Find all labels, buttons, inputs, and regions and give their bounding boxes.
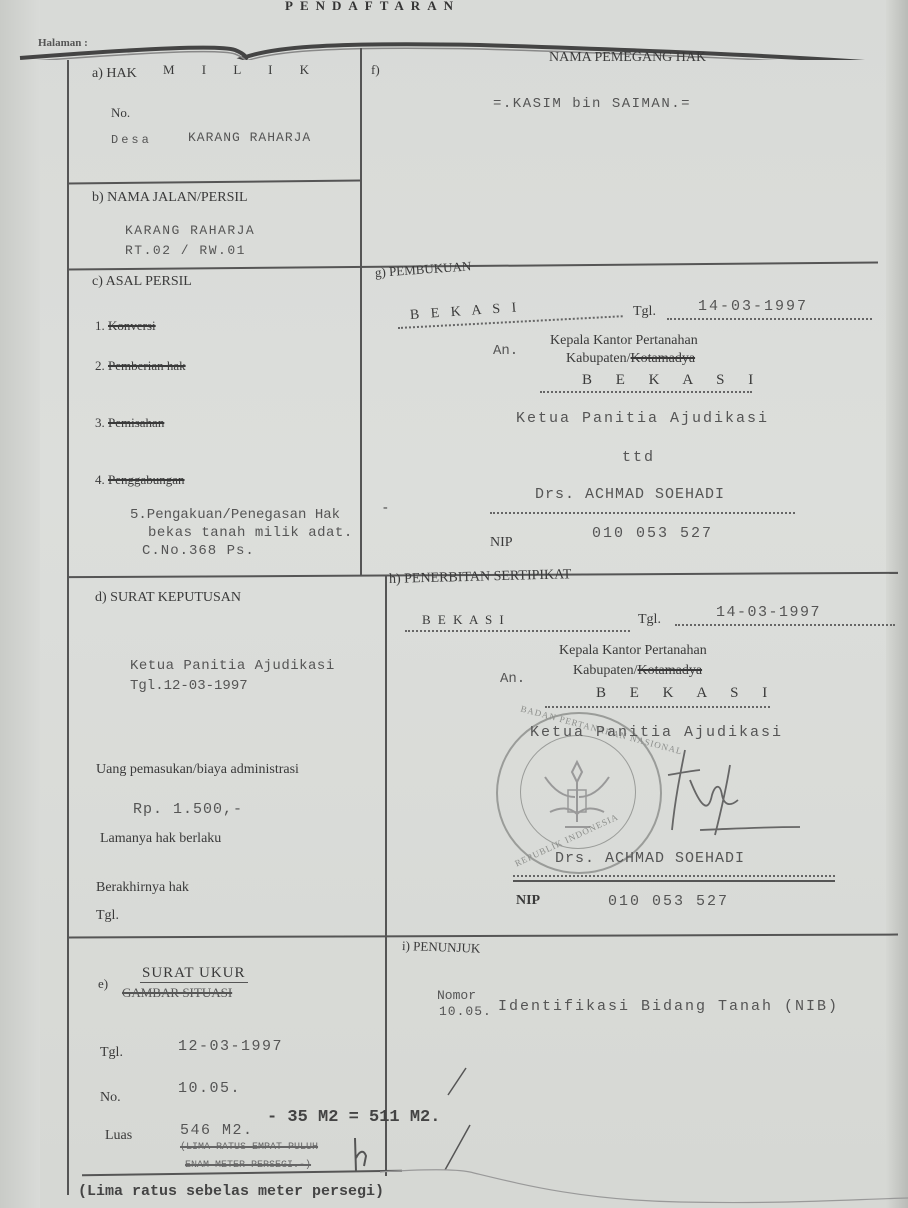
section-a-type: M I L I K [163,62,321,78]
section-e-no-label: No. [100,1090,121,1106]
section-g-nip-value: 010 053 527 [592,525,713,542]
section-h-nip-value: 010 053 527 [608,893,729,910]
section-c-label: c) ASAL PERSIL [92,274,192,290]
section-h-nip-label: NIP [516,893,540,909]
section-g-tgl-label: Tgl. [633,304,656,320]
section-h-label: h) PENERBITAN SERTIPIKAT [389,567,572,588]
section-g-office-line1: Kepala Kantor Pertanahan [550,333,698,349]
section-e-label: e) [98,976,108,992]
section-g-nip-label: NIP [490,535,513,551]
section-b-label: b) NAMA JALAN/PERSIL [92,190,248,206]
row-divider-ab [68,179,360,184]
section-e-luas-correction: - 35 M2 = 511 M2. [267,1108,440,1127]
section-e-luas-words-struck-1: (LIMA RATUS EMPAT PULUH [180,1142,318,1153]
section-h-office-city: B E K A S I [596,685,777,702]
asal-persil-item-3: 3. Pemisahan [95,415,164,431]
section-g-dash: - [383,500,388,516]
asal-persil-item-2: 2. Pemberian hak [95,358,186,374]
asal-persil-item-1: 1. Konversi [95,318,156,334]
section-d-label: d) SURAT KEPUTUSAN [95,590,241,606]
table-left-border [67,60,69,1195]
section-d-date: Tgl.12-03-1997 [130,678,248,694]
section-d-fee-label: Uang pemasukan/biaya administrasi [96,762,299,778]
section-g-date: 14-03-1997 [698,298,808,315]
signature-underline [513,880,835,882]
section-e-title-struck: GAMBAR SITUASI [122,985,232,1001]
document-title: PENDAFTARAN [285,0,460,14]
section-h-signer: Drs. ACHMAD SOEHADI [555,850,745,867]
section-a-no-label: No. [111,105,130,121]
dotted-line [405,630,630,632]
initial-mark [350,1136,380,1176]
section-e-luas-words-new: (Lima ratus sebelas meter persegi) [78,1183,384,1200]
section-g-signature: ttd [622,449,655,466]
asal-persil-item-5-line2: bekas tanah milik adat. [148,525,353,541]
dotted-line [675,624,895,626]
page-edge-right [886,0,908,1208]
section-g-role: Ketua Panitia Ajudikasi [516,410,769,427]
section-a-label: a) HAK [92,66,137,82]
column-divider-bottom [385,576,387,1176]
section-e-no-value: 10.05. [178,1080,241,1097]
section-i-nomor-label: Nomor [437,988,476,1003]
section-e-tgl-label: Tgl. [100,1045,123,1061]
section-g-label: g) PEMBUKUAN [374,258,471,281]
section-e-luas-value: 546 M2. [180,1122,254,1139]
dotted-line [513,875,835,877]
dotted-line [667,318,872,320]
section-e-tgl-value: 12-03-1997 [178,1038,283,1055]
section-h-office-line1: Kepala Kantor Pertanahan [559,643,707,659]
section-b-line2: RT.02 / RW.01 [125,243,246,258]
section-f-label: f) [371,62,380,78]
section-h-tgl-label: Tgl. [638,612,661,628]
section-d-fee-value: Rp. 1.500,- [133,801,243,818]
section-d-issuer: Ketua Panitia Ajudikasi [130,658,335,674]
section-e-luas-label: Luas [105,1128,132,1144]
asal-persil-item-4: 4. Penggabungan [95,472,185,488]
dotted-line [545,706,770,708]
row-divider-de [68,934,898,938]
section-g-an-label: An. [493,343,518,359]
section-e-title: SURAT UKUR [140,965,248,983]
section-d-duration-label: Lamanya hak berlaku [100,831,221,847]
asal-persil-item-5-line3: C.No.368 Ps. [142,543,255,559]
section-g-office-line2: Kabupaten/Kotamadya [566,351,695,367]
section-h-an-label: An. [500,671,525,687]
section-i-nomor-value: 10.05. [439,1004,492,1019]
section-b-line1: KARANG RAHARJA [125,223,255,238]
section-f-title: NAMA PEMEGANG HAK [549,50,706,66]
page-fold [380,1160,908,1208]
section-a-desa-label: Desa [111,133,152,147]
document-page: PENDAFTARAN Halaman : a) HAK M I L I K N… [0,0,908,1208]
section-e-luas-words-struck-2: ENAM METER PERSEGI.-) [185,1160,311,1171]
holder-name: =.KASIM bin SAIMAN.= [493,96,691,112]
section-g-signer: Drs. ACHMAD SOEHADI [535,486,725,503]
dotted-line [490,512,795,514]
section-h-office-line2: Kabupaten/Kotamadya [573,663,702,679]
section-h-date: 14-03-1997 [716,604,821,621]
section-i-label: i) PENUNJUK [402,938,481,957]
dotted-line [540,391,752,393]
section-i-description: Identifikasi Bidang Tanah (NIB) [498,998,839,1015]
header-rule [0,20,908,60]
row-divider-bc [68,261,878,270]
section-h-role: Ketua Panitia Ajudikasi [530,724,783,741]
section-g-office-city: B E K A S I [582,372,763,389]
section-a-desa-value: KARANG RAHARJA [188,130,311,145]
handwritten-signature [660,745,810,840]
column-divider-top [360,48,362,576]
section-h-place: B E K A S I [422,612,506,628]
section-d-expiry-date-label: Tgl. [96,908,119,924]
asal-persil-item-5-line1: 5.Pengakuan/Penegasan Hak [130,507,340,523]
page-edge-left [0,0,40,1208]
section-d-expiry-label: Berakhirnya hak [96,880,189,896]
